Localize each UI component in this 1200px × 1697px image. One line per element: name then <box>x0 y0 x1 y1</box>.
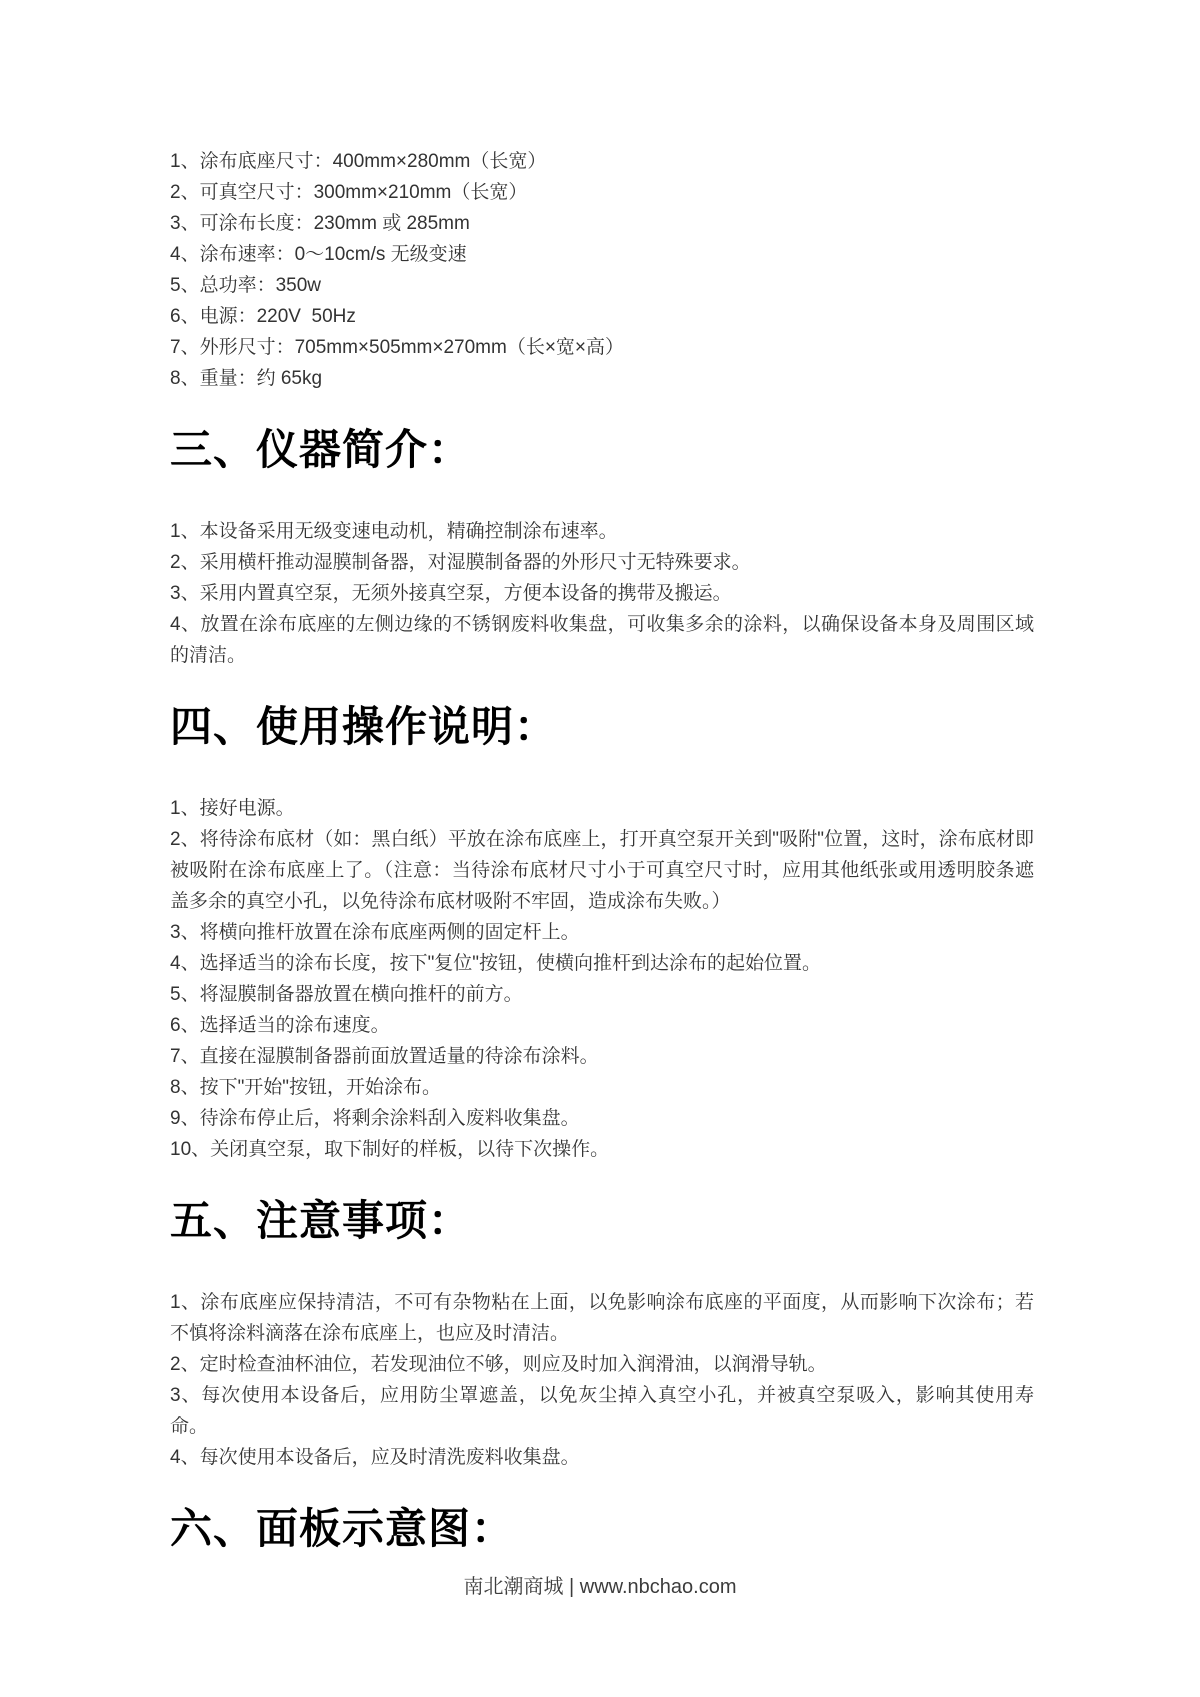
list-item: 5、将湿膜制备器放置在横向推杆的前方。 <box>170 979 1034 1010</box>
section-precautions: 五、注意事项： 1、涂布底座应保持清洁，不可有杂物粘在上面，以免影响涂布底座的平… <box>170 1198 1034 1473</box>
list-item: 7、直接在湿膜制备器前面放置适量的待涂布涂料。 <box>170 1041 1034 1072</box>
list-item: 3、采用内置真空泵，无须外接真空泵，方便本设备的携带及搬运。 <box>170 578 1034 609</box>
spec-item: 6、电源：220V 50Hz <box>170 301 1034 332</box>
list-item: 1、本设备采用无级变速电动机，精确控制涂布速率。 <box>170 516 1034 547</box>
document-content: 1、涂布底座尺寸：400mm×280mm（长宽） 2、可真空尺寸：300mm×2… <box>170 146 1034 1554</box>
section-operation-instructions: 四、使用操作说明： 1、接好电源。 2、将待涂布底材（如：黑白纸）平放在涂布底座… <box>170 704 1034 1165</box>
list-item: 4、选择适当的涂布长度，按下"复位"按钮，使横向推杆到达涂布的起始位置。 <box>170 948 1034 979</box>
list-item: 9、待涂布停止后，将剩余涂料刮入废料收集盘。 <box>170 1103 1034 1134</box>
spec-list: 1、涂布底座尺寸：400mm×280mm（长宽） 2、可真空尺寸：300mm×2… <box>170 146 1034 394</box>
list-item: 3、每次使用本设备后，应用防尘罩遮盖，以免灰尘掉入真空小孔，并被真空泵吸入，影响… <box>170 1380 1034 1442</box>
list-item: 10、关闭真空泵，取下制好的样板，以待下次操作。 <box>170 1134 1034 1165</box>
spec-item: 2、可真空尺寸：300mm×210mm（长宽） <box>170 177 1034 208</box>
list-item: 1、接好电源。 <box>170 793 1034 824</box>
list-item: 6、选择适当的涂布速度。 <box>170 1010 1034 1041</box>
list-item: 8、按下"开始"按钮，开始涂布。 <box>170 1072 1034 1103</box>
spec-item: 5、总功率：350w <box>170 270 1034 301</box>
section-heading: 六、面板示意图： <box>170 1506 1034 1554</box>
list-item: 1、涂布底座应保持清洁，不可有杂物粘在上面，以免影响涂布底座的平面度，从而影响下… <box>170 1287 1034 1349</box>
section-heading: 四、使用操作说明： <box>170 704 1034 752</box>
section-panel-diagram: 六、面板示意图： <box>170 1506 1034 1554</box>
list-item: 2、采用横杆推动湿膜制备器，对湿膜制备器的外形尺寸无特殊要求。 <box>170 547 1034 578</box>
spec-item: 1、涂布底座尺寸：400mm×280mm（长宽） <box>170 146 1034 177</box>
list-item: 4、放置在涂布底座的左侧边缘的不锈钢废料收集盘，可收集多余的涂料，以确保设备本身… <box>170 609 1034 671</box>
spec-item: 8、重量：约 65kg <box>170 363 1034 394</box>
section-instrument-intro: 三、仪器简介： 1、本设备采用无级变速电动机，精确控制涂布速率。 2、采用横杆推… <box>170 427 1034 671</box>
section-heading: 五、注意事项： <box>170 1198 1034 1246</box>
spec-item: 7、外形尺寸：705mm×505mm×270mm（长×宽×高） <box>170 332 1034 363</box>
list-item: 2、定时检查油杯油位，若发现油位不够，则应及时加入润滑油，以润滑导轨。 <box>170 1349 1034 1380</box>
document-page: 1、涂布底座尺寸：400mm×280mm（长宽） 2、可真空尺寸：300mm×2… <box>0 0 1200 1697</box>
spec-item: 4、涂布速率：0～10cm/s 无级变速 <box>170 239 1034 270</box>
section-heading: 三、仪器简介： <box>170 427 1034 475</box>
list-item: 3、将横向推杆放置在涂布底座两侧的固定杆上。 <box>170 917 1034 948</box>
spec-item: 3、可涂布长度：230mm 或 285mm <box>170 208 1034 239</box>
footer-text: 南北潮商城 | www.nbchao.com <box>463 1576 736 1598</box>
list-item: 2、将待涂布底材（如：黑白纸）平放在涂布底座上，打开真空泵开关到"吸附"位置，这… <box>170 824 1034 917</box>
list-item: 4、每次使用本设备后，应及时清洗废料收集盘。 <box>170 1442 1034 1473</box>
page-footer: 南北潮商城 | www.nbchao.com <box>0 1572 1200 1602</box>
